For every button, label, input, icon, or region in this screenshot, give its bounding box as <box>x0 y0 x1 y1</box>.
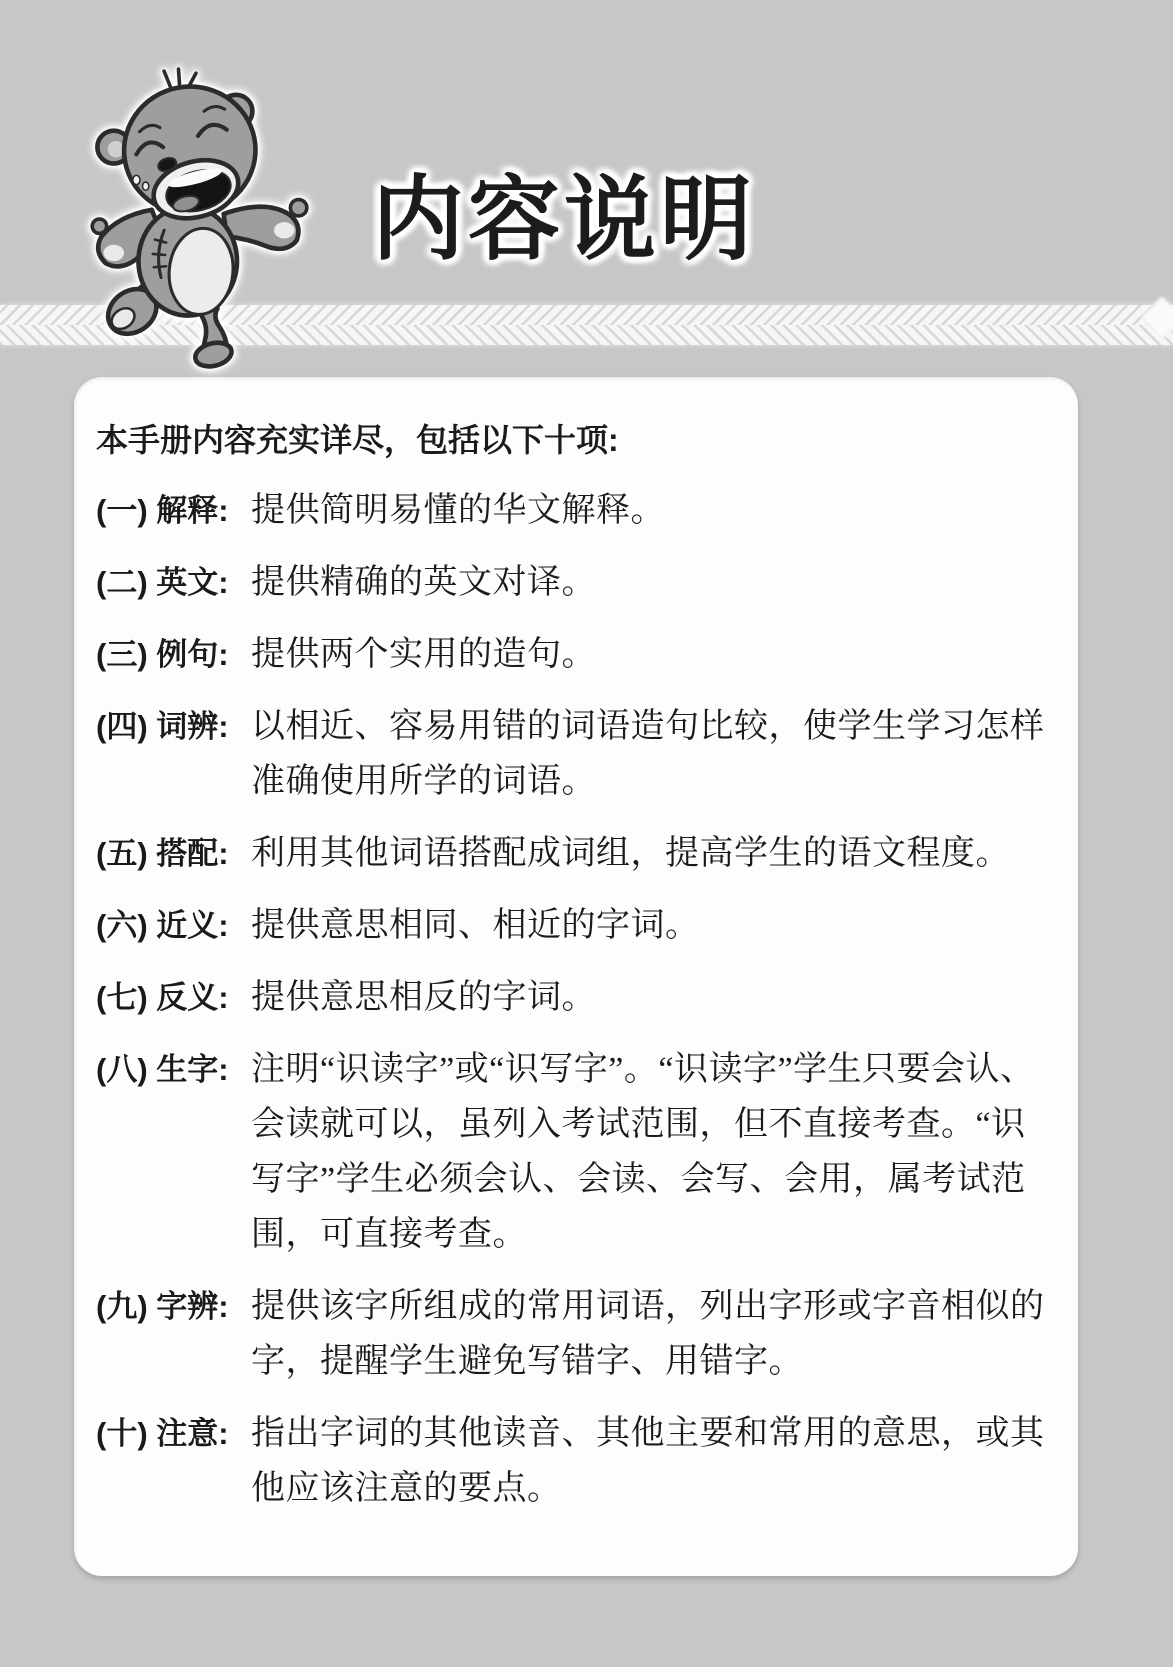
item-text: 提供简明易懂的华文解释。 <box>251 483 1052 538</box>
item-label: (八) 生字: <box>96 1042 251 1262</box>
item-text: 指出字词的其他读音、其他主要和常用的意思，或其他应该注意的要点。 <box>251 1406 1052 1516</box>
teddy-bear-icon <box>64 64 332 372</box>
item-label: (五) 搭配: <box>96 826 251 881</box>
content-item: (二) 英文: 提供精确的英文对译。 <box>96 555 1052 610</box>
item-text: 提供两个实用的造句。 <box>251 627 1052 682</box>
content-item: (六) 近义: 提供意思相同、相近的字词。 <box>96 898 1052 953</box>
item-label: (十) 注意: <box>96 1406 251 1516</box>
item-text: 注明“识读字”或“识写字”。“识读字”学生只要会认、会读就可以，虽列入考试范围，… <box>251 1042 1052 1262</box>
item-text: 提供精确的英文对译。 <box>251 555 1052 610</box>
item-label: (四) 词辨: <box>96 699 251 809</box>
item-label: (一) 解释: <box>96 483 251 538</box>
content-item: (一) 解释: 提供简明易懂的华文解释。 <box>96 483 1052 538</box>
item-label: (七) 反义: <box>96 970 251 1025</box>
content-item: (四) 词辨: 以相近、容易用错的词语造句比较，使学生学习怎样准确使用所学的词语… <box>96 699 1052 809</box>
item-text: 以相近、容易用错的词语造句比较，使学生学习怎样准确使用所学的词语。 <box>251 699 1052 809</box>
items-list: (一) 解释: 提供简明易懂的华文解释。 (二) 英文: 提供精确的英文对译。 … <box>96 483 1052 1516</box>
item-text: 提供意思相同、相近的字词。 <box>251 898 1052 953</box>
item-label: (二) 英文: <box>96 555 251 610</box>
item-label: (六) 近义: <box>96 898 251 953</box>
item-text: 提供意思相反的字词。 <box>251 970 1052 1025</box>
item-text: 提供该字所组成的常用词语，列出字形或字音相似的字，提醒学生避免写错字、用错字。 <box>251 1279 1052 1389</box>
item-label: (九) 字辨: <box>96 1279 251 1389</box>
intro-text: 本手册内容充实详尽，包括以下十项: <box>96 413 1052 468</box>
book-page: 内容说明 本手册内容充实详尽，包括以下十项: (一) 解释: 提供简明易懂的华文… <box>0 0 1173 1667</box>
content-item: (十) 注意: 指出字词的其他读音、其他主要和常用的意思，或其他应该注意的要点。 <box>96 1406 1052 1516</box>
content-card: 本手册内容充实详尽，包括以下十项: (一) 解释: 提供简明易懂的华文解释。 (… <box>74 377 1078 1576</box>
content-item: (三) 例句: 提供两个实用的造句。 <box>96 627 1052 682</box>
item-text: 利用其他词语搭配成词组，提高学生的语文程度。 <box>251 826 1052 881</box>
item-label: (三) 例句: <box>96 627 251 682</box>
page-title: 内容说明 <box>372 170 756 271</box>
content-item: (九) 字辨: 提供该字所组成的常用词语，列出字形或字音相似的字，提醒学生避免写… <box>96 1279 1052 1389</box>
content-item: (八) 生字: 注明“识读字”或“识写字”。“识读字”学生只要会认、会读就可以，… <box>96 1042 1052 1262</box>
content-item: (七) 反义: 提供意思相反的字词。 <box>96 970 1052 1025</box>
content-item: (五) 搭配: 利用其他词语搭配成词组，提高学生的语文程度。 <box>96 826 1052 881</box>
